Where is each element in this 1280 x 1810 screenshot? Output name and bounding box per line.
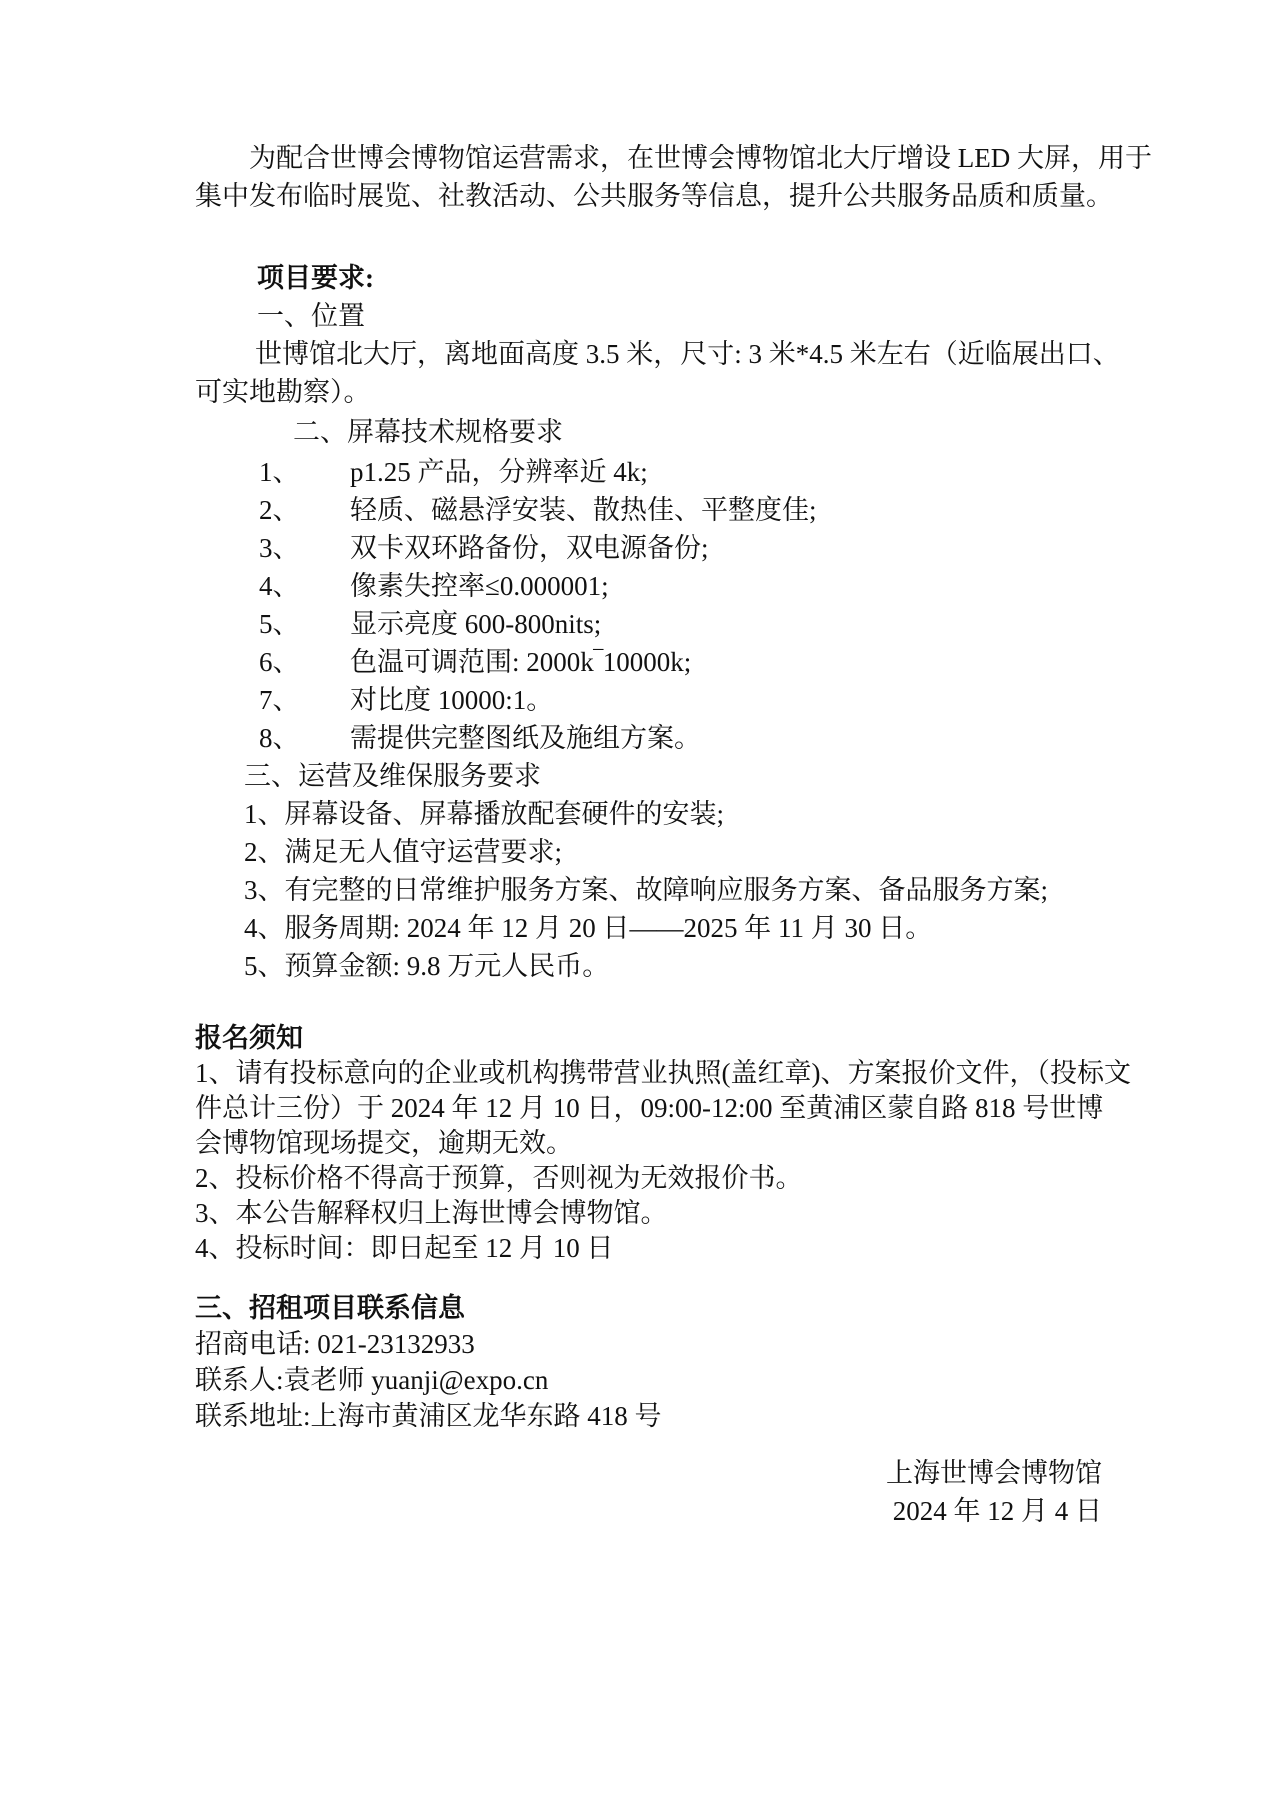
spec-item-number: 8、 xyxy=(259,719,350,757)
spec-item: 4、 像素失控率≤0.000001; xyxy=(195,567,1160,605)
notice-item-1-line-2: 件总计三份）于 2024 年 12 月 10 日，09:00-12:00 至黄浦… xyxy=(195,1091,1160,1126)
service-item: 4、服务周期: 2024 年 12 月 20 日——2025 年 11 月 30… xyxy=(195,909,1160,947)
registration-notice-section: 报名须知 1、请有投标意向的企业或机构携带营业执照(盖红章)、方案报价文件，（投… xyxy=(195,1021,1160,1266)
location-paragraph: 世博馆北大厅，离地面高度 3.5 米，尺寸: 3 米*4.5 米左右（近临展出口… xyxy=(195,335,1160,411)
notice-item-4: 4、投标时间：即日起至 12 月 10 日 xyxy=(195,1231,1160,1266)
intro-line-1: 为配合世博会博物馆运营需求，在世博会博物馆北大厅增设 LED 大屏，用于 xyxy=(195,139,1160,177)
notice-item-1-line-1: 1、请有投标意向的企业或机构携带营业执照(盖红章)、方案报价文件，（投标文 xyxy=(195,1056,1160,1091)
spec-item-text: 像素失控率≤0.000001; xyxy=(350,567,609,605)
spec-item-text: 显示亮度 600-800nits; xyxy=(350,605,601,643)
spec-item: 5、 显示亮度 600-800nits; xyxy=(195,605,1160,643)
spec-item-number: 7、 xyxy=(259,681,350,719)
service-item: 5、预算金额: 9.8 万元人民币。 xyxy=(195,947,1160,985)
screen-specs-list: 1、 p1.25 产品，分辨率近 4k; 2、 轻质、磁悬浮安装、散热佳、平整度… xyxy=(195,453,1160,757)
spec-item-number: 3、 xyxy=(259,529,350,567)
spec-item-text: p1.25 产品，分辨率近 4k; xyxy=(350,453,648,491)
location-heading: 一、位置 xyxy=(195,297,1160,335)
service-item: 3、有完整的日常维护服务方案、故障响应服务方案、备品服务方案; xyxy=(195,871,1160,909)
spec-item-number: 5、 xyxy=(259,605,350,643)
notice-item-1-line-3: 会博物馆现场提交，逾期无效。 xyxy=(195,1126,1160,1161)
spec-item: 3、 双卡双环路备份，双电源备份; xyxy=(195,529,1160,567)
spec-item-number: 4、 xyxy=(259,567,350,605)
intro-paragraph: 为配合世博会博物馆运营需求，在世博会博物馆北大厅增设 LED 大屏，用于 集中发… xyxy=(195,139,1160,215)
spec-item: 7、 对比度 10000:1。 xyxy=(195,681,1160,719)
contact-phone: 招商电话: 021-23132933 xyxy=(195,1326,1160,1362)
signature-date: 2024 年 12 月 4 日 xyxy=(195,1492,1102,1530)
intro-line-2: 集中发布临时展览、社教活动、公共服务等信息，提升公共服务品质和质量。 xyxy=(195,177,1160,215)
contact-section: 三、招租项目联系信息 招商电话: 021-23132933 联系人:袁老师 yu… xyxy=(195,1290,1160,1434)
spec-item: 2、 轻质、磁悬浮安装、散热佳、平整度佳; xyxy=(195,491,1160,529)
service-item: 2、满足无人值守运营要求; xyxy=(195,833,1160,871)
spec-item-number: 2、 xyxy=(259,491,350,529)
service-item: 1、屏幕设备、屏幕播放配套硬件的安装; xyxy=(195,795,1160,833)
notice-item-3: 3、本公告解释权归上海世博会博物馆。 xyxy=(195,1196,1160,1231)
spec-item-text: 轻质、磁悬浮安装、散热佳、平整度佳; xyxy=(350,491,817,529)
operation-service-list: 1、屏幕设备、屏幕播放配套硬件的安装; 2、满足无人值守运营要求; 3、有完整的… xyxy=(195,795,1160,985)
spec-item: 1、 p1.25 产品，分辨率近 4k; xyxy=(195,453,1160,491)
spec-item-text: 色温可调范围: 2000k‾10000k; xyxy=(350,643,691,681)
contact-heading: 三、招租项目联系信息 xyxy=(195,1290,1160,1326)
spec-item-number: 1、 xyxy=(259,453,350,491)
operation-service-heading: 三、运营及维保服务要求 xyxy=(195,757,1160,795)
signature-block: 上海世博会博物馆 2024 年 12 月 4 日 xyxy=(195,1454,1160,1530)
contact-address: 联系地址:上海市黄浦区龙华东路 418 号 xyxy=(195,1398,1160,1434)
notice-item-2: 2、投标价格不得高于预算，否则视为无效报价书。 xyxy=(195,1161,1160,1196)
spec-item-text: 对比度 10000:1。 xyxy=(350,681,553,719)
screen-specs-heading: 二、屏幕技术规格要求 xyxy=(195,413,1160,451)
spec-item-text: 双卡双环路备份，双电源备份; xyxy=(350,529,709,567)
contact-person: 联系人:袁老师 yuanji@expo.cn xyxy=(195,1362,1160,1398)
project-requirements-heading: 项目要求: xyxy=(195,259,1160,297)
registration-notice-heading: 报名须知 xyxy=(195,1021,1160,1056)
document-page: 为配合世博会博物馆运营需求，在世博会博物馆北大厅增设 LED 大屏，用于 集中发… xyxy=(0,0,1280,1810)
spec-item: 6、 色温可调范围: 2000k‾10000k; xyxy=(195,643,1160,681)
spec-item: 8、 需提供完整图纸及施组方案。 xyxy=(195,719,1160,757)
location-line-1: 世博馆北大厅，离地面高度 3.5 米，尺寸: 3 米*4.5 米左右（近临展出口… xyxy=(195,335,1160,373)
spec-item-number: 6、 xyxy=(259,643,350,681)
location-line-2: 可实地勘察）。 xyxy=(195,373,1160,411)
spec-item-text: 需提供完整图纸及施组方案。 xyxy=(350,719,701,757)
signature-org: 上海世博会博物馆 xyxy=(195,1454,1102,1492)
